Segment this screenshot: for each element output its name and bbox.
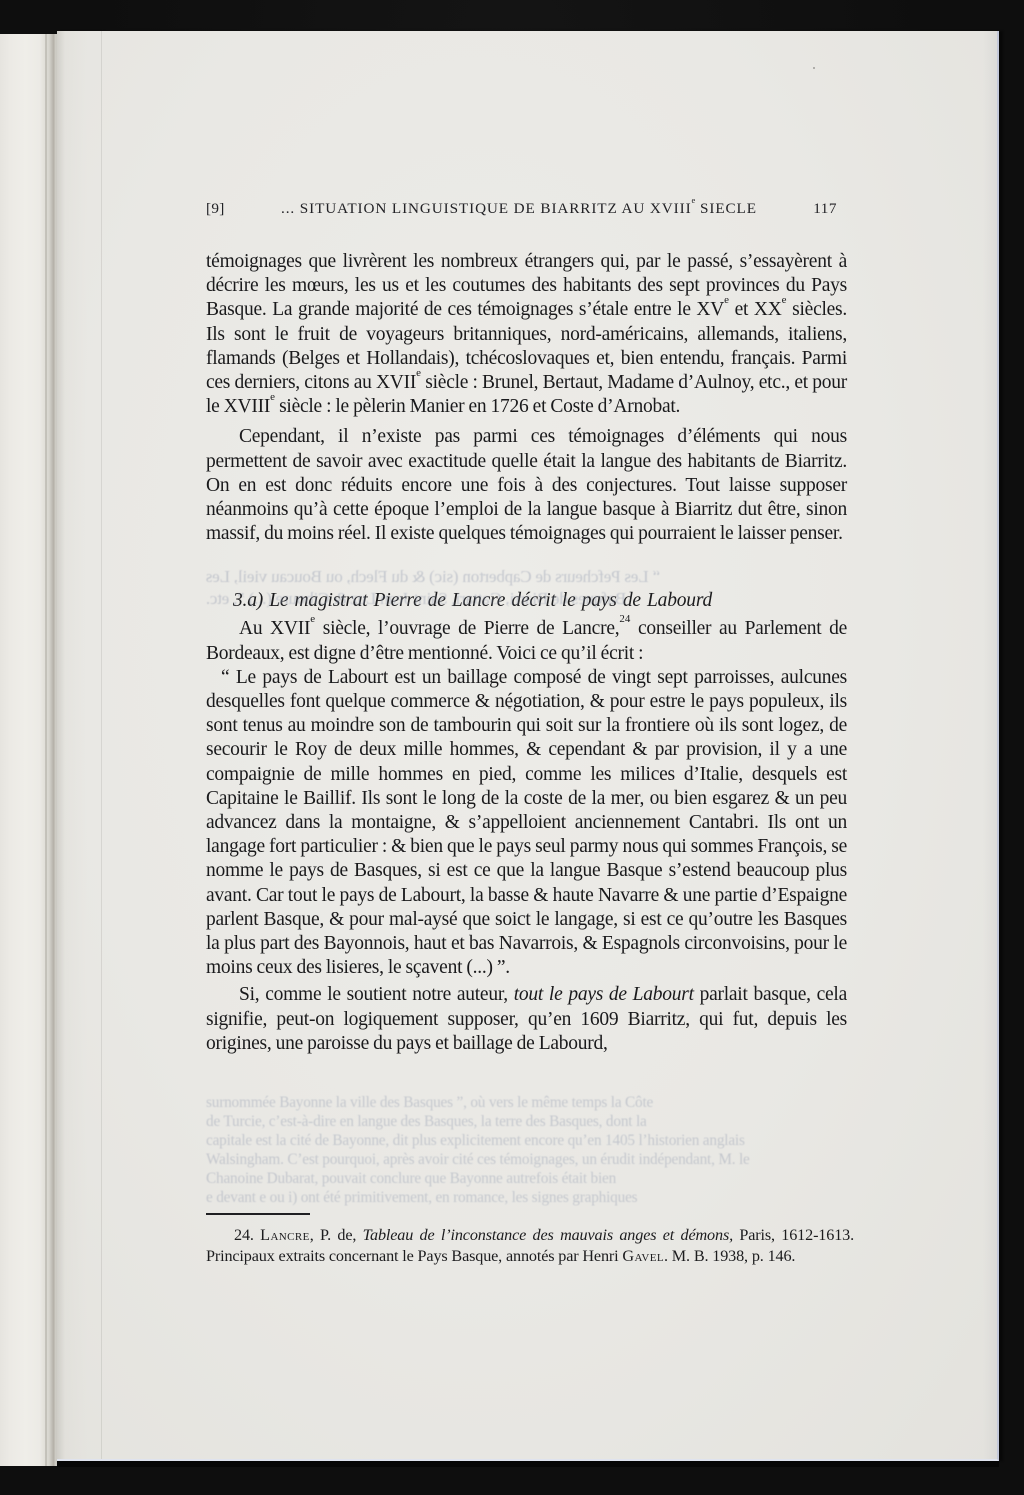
dust-speck (813, 67, 815, 69)
text-run: tout le pays de Labourt (514, 984, 694, 1005)
text-run: Tableau de l’inconstance des mauvais ang… (363, 1226, 733, 1244)
text-run: SIECLE (695, 200, 757, 217)
text-run: ... SITUATION LINGUISTIQUE DE BIARRITZ A… (281, 200, 692, 217)
running-title: ... SITUATION LINGUISTIQUE DE BIARRITZ A… (225, 200, 814, 218)
page-crease (101, 31, 102, 1459)
photo-background: [9] ... SITUATION LINGUISTIQUE DE BIARRI… (0, 0, 1024, 1495)
bleedthrough-line: e devant e ou i) ont été primitivement, … (206, 1188, 854, 1207)
paragraph-cependant: Cependant, il n’existe pas parmi ces tém… (206, 425, 847, 546)
article-number: [9] (206, 200, 225, 218)
bleedthrough-line: Chanoine Dubarat, pouvait conclure que B… (206, 1169, 854, 1188)
book-page: [9] ... SITUATION LINGUISTIQUE DE BIARRI… (57, 31, 999, 1461)
bleedthrough-line: Walsingham. C’est pourquoi, après avoir … (206, 1150, 854, 1169)
quote-paragraph: “ Le pays de Labourt est un baillage com… (206, 666, 847, 981)
text-run: siècle : le pèlerin Manier en 1726 et Co… (275, 396, 680, 417)
paragraph-temoignages: témoignages que livrèrent les nombreux é… (206, 250, 847, 419)
footnote-24: 24. Lancre, P. de, Tableau de l’inconsta… (206, 1225, 854, 1267)
section-heading: 3.a) Le magistrat Pierre de Lancre décri… (233, 590, 847, 612)
bleedthrough-line: surnommée Bayonne la ville des Basques ”… (206, 1093, 854, 1112)
text-run: e (270, 391, 275, 403)
text-run: Au XVII (239, 618, 310, 639)
text-run: 24 (619, 613, 630, 625)
text-run: , P. de, (310, 1226, 363, 1244)
text-area: [9] ... SITUATION LINGUISTIQUE DE BIARRI… (206, 200, 847, 1320)
footnote-separator (206, 1213, 310, 1215)
text-run: e (310, 613, 315, 625)
text-run: e (416, 367, 421, 379)
running-header: [9] ... SITUATION LINGUISTIQUE DE BIARRI… (206, 200, 847, 218)
paragraph-conclusion: Si, comme le soutient notre auteur, tout… (206, 983, 847, 1056)
facing-page-edge (0, 34, 57, 1466)
text-run: Gavel (622, 1247, 664, 1265)
text-run: e (692, 195, 696, 205)
paragraph-lancre-intro: Au XVIIe siècle, l’ouvrage de Pierre de … (206, 617, 847, 665)
text-run: . M. B. 1938, p. 146. (664, 1247, 795, 1265)
text-run: siècle, l’ouvrage de Pierre de Lancre, (315, 618, 619, 639)
bleedthrough-line: de Turcie, c’est-à-dire en langue des Ba… (206, 1112, 854, 1131)
page-number: 117 (813, 200, 837, 218)
text-run: Si, comme le soutient notre auteur, (239, 984, 514, 1005)
text-run: e (724, 294, 729, 306)
bleedthrough-line: capitale est la cité de Bayonne, dit plu… (206, 1131, 854, 1150)
bleedthrough-line: “ Les Pefcheurs de Capberton (sic) & du … (206, 566, 660, 588)
text-run: 24. (234, 1226, 260, 1244)
text-run: et XX (729, 299, 782, 320)
text-run: e (782, 294, 787, 306)
bleedthrough-below-body: surnommée Bayonne la ville des Basques ”… (206, 1093, 854, 1207)
text-run: Lancre (260, 1226, 310, 1244)
